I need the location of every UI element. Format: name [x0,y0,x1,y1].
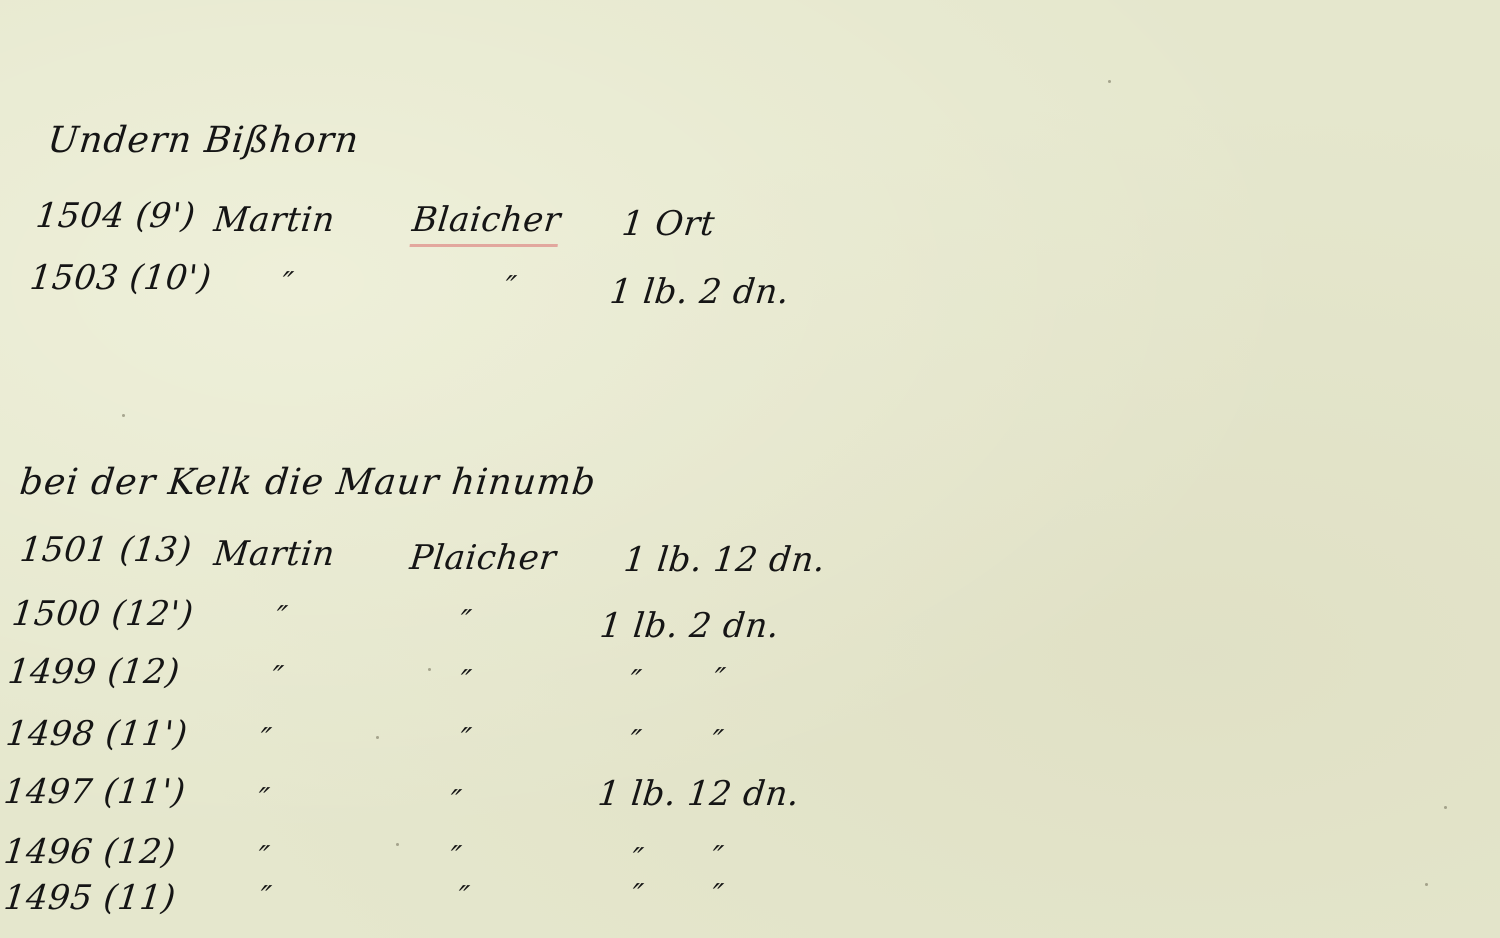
ditto-mark: ″ [458,604,473,639]
ditto-mark: ″ [256,782,271,817]
ditto-mark: ″ [628,664,643,699]
ditto-mark: ″ [710,878,725,913]
ditto-mark: ″ [258,880,273,915]
ditto-mark: ″ [280,266,295,301]
row-year: 1498 (11') [4,714,190,754]
paper-speck [396,843,399,846]
ditto-mark: ″ [712,662,727,697]
row-year: 1496 (12) [2,832,178,872]
ditto-mark: ″ [503,270,518,305]
ditto-mark: ″ [448,784,463,819]
row-first-name: Martin [212,534,337,574]
section2-heading: bei der Kelk die Maur hinumb [18,462,598,503]
row-year: 1503 (10') [28,258,214,298]
ditto-mark: ″ [258,722,273,757]
paper-speck [122,414,125,417]
ditto-mark: ″ [256,840,271,875]
row-year: 1504 (9') [34,196,198,236]
ditto-mark: ″ [274,600,289,635]
row-last-name: Plaicher [408,538,558,578]
row-amount: 1 Ort [620,204,717,244]
row-amount: 1 lb. 2 dn. [608,272,791,312]
section1-heading: Undern Bißhorn [46,120,361,161]
row-first-name: Martin [212,200,337,240]
row-amount: 1 lb. 12 dn. [596,774,801,814]
row-year: 1501 (13) [18,530,194,570]
ditto-mark: ″ [710,724,725,759]
ditto-mark: ″ [458,722,473,757]
ditto-mark: ″ [270,660,285,695]
ditto-mark: ″ [710,840,725,875]
ditto-mark: ″ [630,842,645,877]
row-year: 1500 (12') [10,594,196,634]
ditto-mark: ″ [628,724,643,759]
ditto-mark: ″ [448,840,463,875]
paper-speck [1108,80,1111,83]
paper-speck [428,668,431,671]
paper-speck [1444,806,1447,809]
ditto-mark: ″ [456,880,471,915]
paper-speck [376,736,379,739]
row-year: 1499 (12) [6,652,182,692]
ditto-mark: ″ [458,664,473,699]
ditto-mark: ″ [630,878,645,913]
row-last-name-underlined: Blaicher [410,200,563,247]
row-year: 1497 (11') [2,772,188,812]
row-year: 1495 (11) [2,878,178,918]
row-amount: 1 lb. 2 dn. [598,606,781,646]
paper-speck [1425,883,1428,886]
row-amount: 1 lb. 12 dn. [622,540,827,580]
index-card: Undern Bißhorn 1504 (9') Martin Blaicher… [0,0,1500,938]
